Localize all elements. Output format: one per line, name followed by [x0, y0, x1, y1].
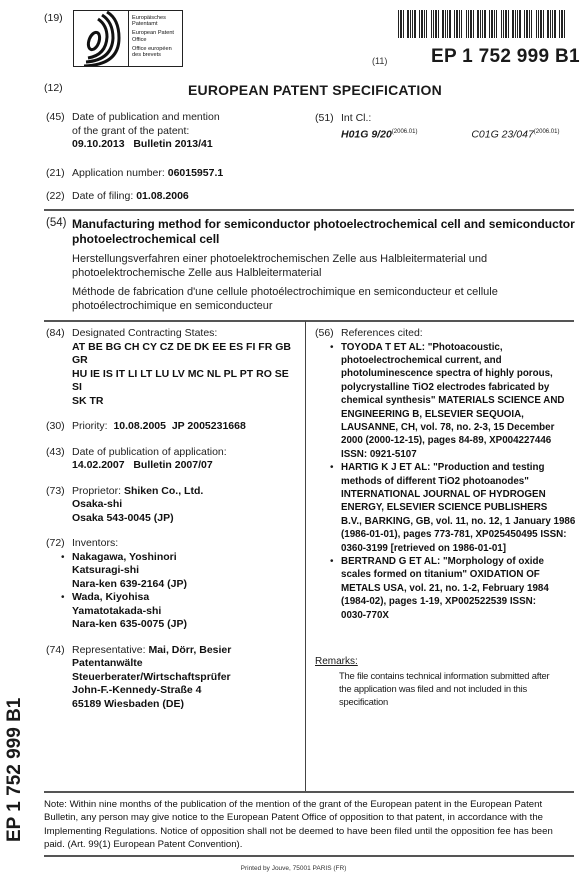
inid-19: (19) — [44, 12, 63, 24]
inventor-address: Nara-ken 639-2164 (JP) — [72, 578, 301, 592]
reference-line: photoluminescence spectra of highly poro… — [341, 367, 580, 380]
field-45: (45)Date of publication and mention of t… — [46, 111, 220, 152]
reference-line: TOYODA T ET AL: "Photoacoustic, — [341, 341, 580, 354]
field-84: (84)Designated Contracting States: AT BE… — [46, 327, 301, 408]
filing-date-label: Date of filing: — [72, 190, 133, 202]
inventor-name: Nakagawa, Yoshinori — [72, 551, 301, 565]
left-column: (84)Designated Contracting States: AT BE… — [46, 327, 301, 711]
side-publication-number: EP 1 752 999 B1 — [4, 698, 26, 842]
int-class-1: H01G 9/20 — [341, 128, 392, 140]
inventor-item: Wada, Kiyohisa Yamatotakada-shi Nara-ken… — [58, 591, 301, 632]
reference-line: methods of different TiO2 photoanodes" — [341, 475, 580, 488]
inid-45: (45) — [46, 111, 72, 125]
title-de: Herstellungsverfahren einer photoelektro… — [72, 252, 575, 280]
inid-54: (54) — [46, 217, 72, 313]
inid-11: (11) — [372, 56, 387, 66]
proprietor-address: Osaka 543-0045 (JP) — [72, 512, 301, 526]
grant-date: 09.10.2013 — [72, 138, 125, 150]
reference-line: polycrystalline TiO2 electrodes fabricat… — [341, 381, 580, 394]
field-43: (43)Date of publication of application: … — [46, 446, 301, 473]
app-publication-date: 14.02.2007 — [72, 459, 125, 471]
inventor-item: Nakagawa, Yoshinori Katsuragi-shi Nara-k… — [58, 551, 301, 592]
printer-line: Printed by Jouve, 75001 PARIS (FR) — [0, 865, 587, 872]
reference-line: B.V., BARKING, GB, vol. 11, no. 12, 1 Ja… — [341, 515, 580, 528]
reference-line: ISSN: 0921-5107 — [341, 448, 580, 461]
int-class-1-version: (2006.01) — [392, 129, 418, 135]
field-30: (30)Priority: 10.08.2005 JP 2005231668 — [46, 420, 301, 434]
inid-51: (51) — [315, 112, 341, 126]
inid-30: (30) — [46, 420, 72, 434]
inid-84: (84) — [46, 327, 72, 341]
right-column: (56)References cited: TOYODA T ET AL: "P… — [315, 327, 580, 708]
reference-line: (1984-02), pages 1-19, XP002522539 ISSN: — [341, 595, 580, 608]
divider — [44, 855, 574, 857]
proprietor-label: Proprietor: — [72, 485, 121, 497]
references-list: TOYODA T ET AL: "Photoacoustic,photoelec… — [315, 341, 580, 623]
int-cl-label: Int Cl.: — [341, 112, 371, 124]
field-56: (56)References cited: TOYODA T ET AL: "P… — [315, 327, 580, 622]
remarks: Remarks: The file contains technical inf… — [315, 656, 580, 708]
grant-date-label: Date of publication and mention — [72, 111, 220, 123]
reference-item: BERTRAND G ET AL: "Morphology of oxidesc… — [327, 555, 580, 622]
proprietor-address: Osaka-shi — [72, 498, 301, 512]
app-publication-bulletin: Bulletin 2007/07 — [133, 459, 212, 471]
reference-line: INTERNATIONAL JOURNAL OF HYDROGEN — [341, 488, 580, 501]
representative-address: Patentanwälte — [72, 657, 301, 671]
inid-43: (43) — [46, 446, 72, 460]
inventors-label: Inventors: — [72, 537, 118, 549]
reference-item: HARTIG K J ET AL: "Production and testin… — [327, 461, 580, 555]
field-22: (22)Date of filing: 01.08.2006 — [46, 190, 189, 204]
publication-number: EP 1 752 999 B1 — [431, 46, 580, 68]
inventor-address: Yamatotakada-shi — [72, 605, 301, 619]
reference-line: (1986-01-01), pages 773-781, XP025450495… — [341, 528, 580, 541]
designated-states: AT BE BG CH CY CZ DE DK EE ES FI FR GB G… — [72, 341, 301, 368]
grant-bulletin: Bulletin 2013/41 — [133, 138, 212, 150]
reference-line: 0030-770X — [341, 609, 580, 622]
inventor-address: Katsuragi-shi — [72, 564, 301, 578]
reference-item: TOYODA T ET AL: "Photoacoustic,photoelec… — [327, 341, 580, 462]
reference-line: METALS USA, vol. 21, no. 1-2, February 1… — [341, 582, 580, 595]
filing-date: 01.08.2006 — [136, 190, 189, 202]
divider — [44, 320, 574, 322]
app-publication-label: Date of publication of application: — [72, 446, 227, 458]
inventor-name: Wada, Kiyohisa — [72, 591, 301, 605]
application-number-label: Application number: — [72, 167, 165, 179]
opposition-note: Note: Within nine months of the publicat… — [44, 798, 574, 852]
priority-number: JP 2005231668 — [172, 420, 246, 432]
references-label: References cited: — [341, 327, 423, 339]
representative-address: Steuerberater/Wirtschaftsprüfer — [72, 671, 301, 685]
epo-logo: Europäisches Patentamt European Patent O… — [73, 10, 183, 67]
field-21: (21)Application number: 06015957.1 — [46, 167, 223, 181]
reference-line: ENERGY, ELSEVIER SCIENCE PUBLISHERS — [341, 501, 580, 514]
reference-line: chemical synthesis" MATERIALS SCIENCE AN… — [341, 394, 580, 407]
priority-date: 10.08.2005 — [113, 420, 166, 432]
inid-12: (12) — [44, 82, 63, 94]
office-name-de: Europäisches Patentamt — [132, 15, 179, 28]
field-74: (74)Representative: Mai, Dörr, Besier Pa… — [46, 644, 301, 712]
int-class-2-version: (2006.01) — [534, 129, 560, 135]
reference-line: ENGINEERING B, ELSEVIER SEQUOIA, — [341, 408, 580, 421]
reference-line: 2000 (2000-12-15), pages 84-89, XP004227… — [341, 434, 580, 447]
reference-line: LAUSANNE, CH, vol. 78, no. 2-3, 15 Decem… — [341, 421, 580, 434]
representative-name: Mai, Dörr, Besier — [148, 644, 231, 656]
representative-address: 65189 Wiesbaden (DE) — [72, 698, 301, 712]
inid-21: (21) — [46, 167, 72, 181]
grant-date-label-2: of the grant of the patent: — [72, 125, 189, 137]
inid-56: (56) — [315, 327, 341, 341]
inid-73: (73) — [46, 485, 72, 499]
divider — [44, 209, 574, 211]
designated-states-label: Designated Contracting States: — [72, 327, 217, 339]
divider — [44, 791, 574, 793]
inventor-address: Nara-ken 635-0075 (JP) — [72, 618, 301, 632]
reference-line: 0360-3199 [retrieved on 1986-01-01] — [341, 542, 580, 555]
field-51: (51)Int Cl.: H01G 9/20(2006.01) C01G 23/… — [315, 112, 559, 142]
proprietor-name: Shiken Co., Ltd. — [124, 485, 203, 497]
inid-22: (22) — [46, 190, 72, 204]
barcode-icon — [398, 10, 566, 38]
int-class-2: C01G 23/047 — [471, 128, 533, 140]
field-73: (73)Proprietor: Shiken Co., Ltd. Osaka-s… — [46, 485, 301, 526]
reference-line: photoelectrochemical current, and — [341, 354, 580, 367]
inid-74: (74) — [46, 644, 72, 658]
field-72: (72)Inventors: Nakagawa, Yoshinori Katsu… — [46, 537, 301, 632]
title-en: Manufacturing method for semiconductor p… — [72, 217, 575, 247]
designated-states: SK TR — [72, 395, 301, 409]
remarks-text: The file contains technical information … — [315, 669, 580, 708]
document-type-title: EUROPEAN PATENT SPECIFICATION — [188, 82, 442, 98]
reference-line: scales formed on titanium" OXIDATION OF — [341, 568, 580, 581]
representative-address: John-F.-Kennedy-Straße 4 — [72, 684, 301, 698]
designated-states: HU IE IS IT LI LT LU LV MC NL PL PT RO S… — [72, 368, 301, 395]
application-number: 06015957.1 — [168, 167, 223, 179]
remarks-title: Remarks: — [315, 656, 580, 667]
epo-logo-icon — [74, 11, 129, 66]
reference-line: BERTRAND G ET AL: "Morphology of oxide — [341, 555, 580, 568]
inid-72: (72) — [46, 537, 72, 551]
reference-line: HARTIG K J ET AL: "Production and testin… — [341, 461, 580, 474]
field-54: (54) Manufacturing method for semiconduc… — [46, 217, 576, 313]
column-divider — [305, 321, 306, 791]
office-name-fr: Office européen des brevets — [132, 46, 179, 59]
barcode — [398, 10, 566, 38]
title-fr: Méthode de fabrication d'une cellule pho… — [72, 285, 575, 313]
priority-label: Priority: — [72, 420, 108, 432]
office-name-en: European Patent Office — [132, 30, 179, 43]
representative-label: Representative: — [72, 644, 146, 656]
